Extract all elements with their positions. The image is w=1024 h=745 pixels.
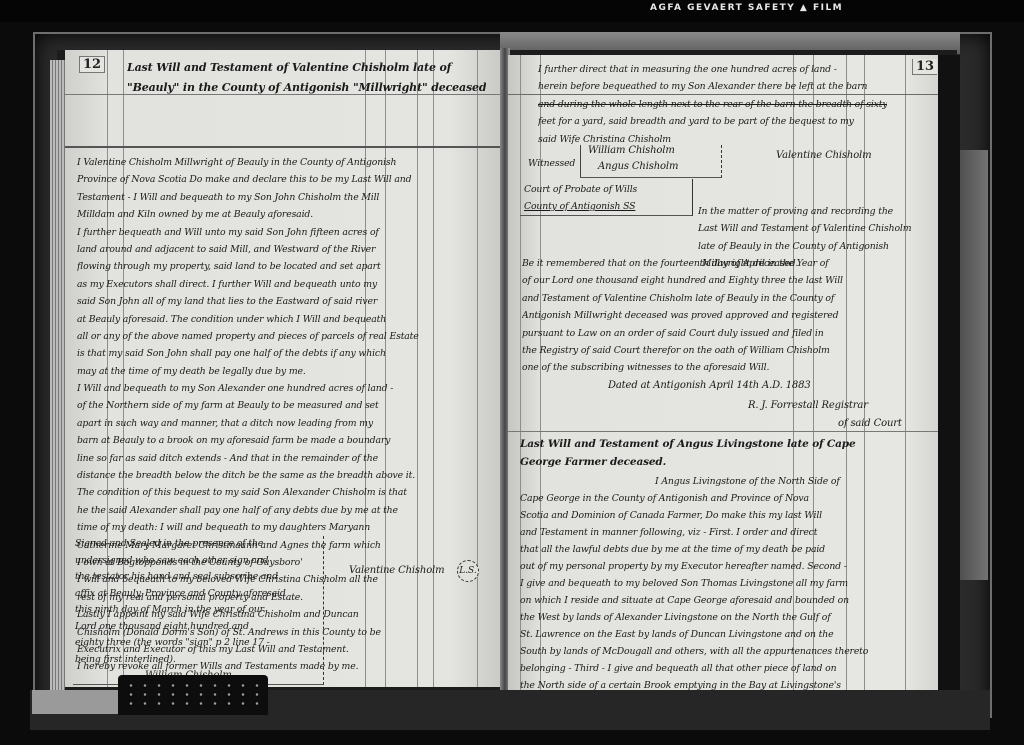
testator-signature: Valentine Chisholm xyxy=(349,562,444,579)
column-rule xyxy=(905,55,906,695)
book-cover-edge xyxy=(938,55,960,700)
will-continuation: I further direct that in measuring the o… xyxy=(538,61,887,148)
court-header: Court of Probate of Wills County of Anti… xyxy=(524,181,637,215)
page-stack-edge xyxy=(50,60,65,690)
film-edge: AGFA GEVAERT SAFETY ▲ FILM xyxy=(0,0,1024,22)
left-page: 12 Last Will and Testament of Valentine … xyxy=(65,50,502,687)
witness-names: William Chisholm Angus Chisholm xyxy=(588,143,678,175)
mount-label-tag xyxy=(32,690,118,714)
page-number: 12 xyxy=(79,56,105,73)
dated-line: Dated at Antigonish April 14th A.D. 1883 xyxy=(608,377,811,394)
testator-signature: Valentine Chisholm xyxy=(776,147,871,164)
right-page: 13 I further direct that in measuring th… xyxy=(508,55,938,695)
attestation-clause: Signed and Sealed in the presence of the… xyxy=(75,536,286,668)
will-title: Last Will and Testament of Valentine Chi… xyxy=(127,58,486,98)
second-will-title: Last Will and Testament of Angus Livings… xyxy=(520,435,856,471)
header-rule xyxy=(65,146,502,148)
witnessed-label: Witnessed xyxy=(528,155,575,172)
page-clip xyxy=(118,675,268,715)
probate-record: Be it remembered that on the fourteenth … xyxy=(522,255,843,377)
second-will-body: I Angus Livingstone of the North Side of… xyxy=(520,473,868,695)
page-number: 13 xyxy=(912,59,937,75)
film-edge-label: AGFA GEVAERT SAFETY ▲ FILM xyxy=(650,3,843,13)
registrar-signature: R. J. Forrestall Registrar of said Court xyxy=(748,397,902,433)
seal-icon: L.S. xyxy=(457,560,479,582)
